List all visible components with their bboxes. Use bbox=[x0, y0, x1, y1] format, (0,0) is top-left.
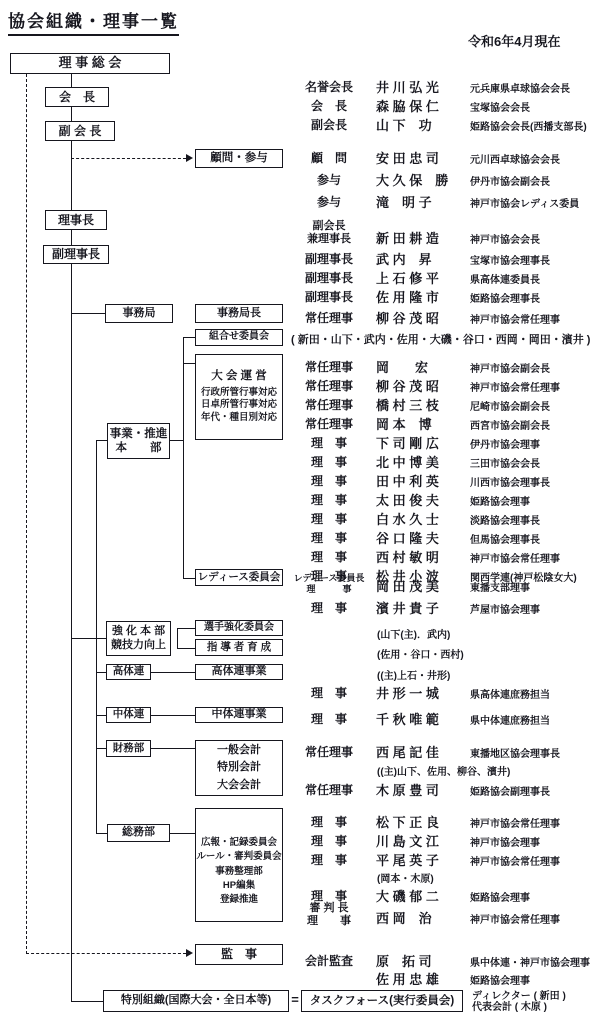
connector-dashed-komon bbox=[71, 158, 186, 159]
member-role: 常任理事 bbox=[293, 358, 365, 375]
box-label: 理 事 総 会 bbox=[59, 55, 122, 71]
org-chart-page: 協会組織・理事一覧 令和6年4月現在 理 事 総 会 会 長 副 会 長 顧問・… bbox=[0, 0, 606, 1017]
member-role: レディース委員長理 事 bbox=[293, 573, 365, 595]
box-label: 特別会計 bbox=[217, 759, 261, 776]
member-affiliation: 神戸市協会会長 bbox=[470, 231, 604, 246]
member-affiliation: 県中体連庶務担当 bbox=[470, 712, 604, 727]
member-name: 西 岡 治 bbox=[376, 908, 456, 927]
member-role: 理 事 bbox=[293, 453, 365, 470]
member-name: 平 尾 英 子 bbox=[376, 850, 456, 869]
member-note: (山下(主)．武内) bbox=[377, 626, 450, 641]
member-role: 理 事 bbox=[293, 832, 365, 849]
member-role: 理 事 bbox=[293, 510, 365, 527]
box-label: 事業・推進 bbox=[110, 427, 168, 441]
box-business-promotion-hq: 事業・推進本 部 bbox=[107, 423, 170, 459]
connector-chuutairen bbox=[96, 715, 106, 716]
box-chair-director: 理事長 bbox=[45, 210, 107, 230]
member-role: 顧 問 bbox=[293, 149, 365, 166]
connector-vertical-bracket-jigyou bbox=[183, 337, 184, 578]
director-note: ディレクター ( 新田 ) bbox=[472, 991, 602, 1003]
member-name: 白 水 久 士 bbox=[376, 509, 456, 528]
member-affiliation: 伊丹市協会理事 bbox=[470, 436, 604, 451]
box-board-general-meeting: 理 事 総 会 bbox=[10, 53, 170, 74]
member-name: 原 拓 司 bbox=[376, 951, 456, 970]
connector-vertical-branch bbox=[96, 440, 97, 834]
member-note: ((主)山下、佐用、柳谷、濱井) bbox=[377, 763, 510, 778]
box-label: 総務部 bbox=[122, 826, 155, 840]
member-affiliation: 元兵庫県卓球協会会長 bbox=[470, 80, 604, 95]
box-label: ルール・審判委員会 bbox=[196, 850, 281, 864]
box-label: 事務局長 bbox=[217, 307, 261, 321]
arrowhead-kanji bbox=[186, 949, 193, 957]
box-draw-committee: 組合せ委員会 bbox=[195, 329, 283, 346]
box-strengthening-hq: 強 化 本 部競技力向上 bbox=[106, 621, 171, 656]
member-affiliation: 県中体連・神戸市協会理事 bbox=[470, 954, 604, 969]
connector-kumiawase bbox=[183, 337, 195, 338]
box-label: 副理事長 bbox=[52, 247, 100, 262]
member-affiliation: 宝塚協会会長 bbox=[470, 99, 604, 114]
box-coach-development: 指 導 者 育 成 bbox=[195, 639, 283, 656]
member-name: 濱 井 貴 子 bbox=[376, 598, 456, 617]
member-role: 理 事 bbox=[293, 491, 365, 508]
connector-koutairen bbox=[96, 672, 106, 673]
connector-soumu bbox=[96, 833, 107, 834]
box-label: 登録推進 bbox=[220, 893, 258, 907]
member-role: 常任理事 bbox=[293, 743, 365, 760]
member-role: 理 事 bbox=[293, 434, 365, 451]
as-of-date: 令和6年4月現在 bbox=[468, 31, 560, 50]
box-label: 会 長 bbox=[59, 90, 95, 105]
member-note: (佐用・谷口・西村) bbox=[377, 646, 464, 661]
member-role: 副理事長 bbox=[293, 250, 365, 267]
member-role: 会計監査 bbox=[293, 952, 365, 969]
box-label: 副 会 長 bbox=[59, 124, 102, 139]
member-role: 理 事 bbox=[293, 548, 365, 565]
box-secretariat-head: 事務局長 bbox=[195, 304, 283, 323]
member-name: 武 内 昇 bbox=[376, 249, 456, 268]
member-role: 副理事長 bbox=[293, 269, 365, 286]
box-label: 高体連事業 bbox=[212, 665, 267, 679]
box-auditor: 監 事 bbox=[195, 944, 283, 965]
member-role: 副会長兼理事長 bbox=[293, 220, 365, 246]
member-affiliation: 神戸市協会常任理事 bbox=[470, 911, 604, 926]
member-affiliation: 東播地区協会理事長 bbox=[470, 745, 604, 760]
member-role: 常任理事 bbox=[293, 781, 365, 798]
member-affiliation: 神戸市協会副会長 bbox=[470, 360, 604, 375]
member-role: 理 事 bbox=[293, 472, 365, 489]
member-name: 井 川 弘 光 bbox=[376, 77, 456, 96]
box-label: 大 会 運 営 bbox=[211, 369, 267, 385]
box-high-school-federation-business: 高体連事業 bbox=[195, 664, 283, 680]
member-name: 木 原 豊 司 bbox=[376, 780, 456, 799]
member-affiliation: 神戸市協会理事 bbox=[470, 834, 604, 849]
member-role: 副理事長 bbox=[293, 288, 365, 305]
member-role: 参与 bbox=[293, 171, 365, 188]
connector-vertical-bracket-kyouka bbox=[177, 628, 178, 648]
member-name: 大 久 保 勝 bbox=[376, 170, 456, 189]
box-label: 日卓所管行事対応 bbox=[201, 399, 277, 412]
committee-members-note: ( 新田・山下・武内・佐用・大磯・谷口・西岡・岡田・濱井 ) bbox=[291, 331, 590, 347]
member-role: 常任理事 bbox=[293, 377, 365, 394]
member-name: 川 島 文 江 bbox=[376, 831, 456, 850]
connector-chuutairen-jigyou bbox=[151, 715, 195, 716]
box-ladies-committee: レディース委員会 bbox=[195, 569, 283, 586]
member-affiliation: 姫路協会理事長 bbox=[470, 290, 604, 305]
box-label: 顧問・参与 bbox=[210, 151, 268, 165]
box-label: HP編集 bbox=[223, 879, 255, 893]
connector-shidou bbox=[177, 648, 195, 649]
box-label: 特別組織(国際大会・全日本等) bbox=[121, 994, 271, 1008]
member-affiliation: 三田市協会会長 bbox=[470, 455, 604, 470]
member-affiliation: 姫路協会会長(西播支部長) bbox=[470, 118, 604, 133]
member-name: 柳 谷 茂 昭 bbox=[376, 376, 456, 395]
member-name: 井 形 一 城 bbox=[376, 683, 456, 702]
connector-zaimu bbox=[96, 748, 106, 749]
box-label: タスクフォース(実行委員会) bbox=[310, 994, 455, 1008]
box-label: レディース委員会 bbox=[198, 571, 281, 584]
connector-koutairen-jigyou bbox=[151, 672, 195, 673]
box-label: 行政所管行事対応 bbox=[201, 387, 277, 400]
member-name: 田 中 利 英 bbox=[376, 471, 456, 490]
box-tournament-operations: 大 会 運 営行政所管行事対応日卓所管行事対応年代・種目別対応 bbox=[195, 354, 283, 440]
member-affiliation: 東播支部理事 bbox=[470, 579, 604, 594]
member-name: 下 司 剛 広 bbox=[376, 433, 456, 452]
box-president: 会 長 bbox=[45, 87, 109, 107]
member-affiliation: 県高体連庶務担当 bbox=[470, 686, 604, 701]
connector-tokubetsu bbox=[71, 1001, 103, 1002]
member-role: 常任理事 bbox=[293, 415, 365, 432]
box-secretariat: 事務局 bbox=[105, 304, 173, 323]
member-name: 岡 本 博 bbox=[376, 414, 456, 433]
box-accounting: 一般会計特別会計大会会計 bbox=[195, 740, 283, 796]
box-label: 財務部 bbox=[113, 742, 145, 755]
box-label: 選手強化委員会 bbox=[204, 622, 274, 635]
connector-soumu-big bbox=[170, 833, 195, 834]
member-affiliation: 神戸市協会常任理事 bbox=[470, 311, 604, 326]
connector-kaikei bbox=[151, 748, 195, 749]
box-player-strengthening-committee: 選手強化委員会 bbox=[195, 620, 283, 636]
member-affiliation: 姫路協会理事 bbox=[470, 889, 604, 904]
box-label: 事務局 bbox=[123, 307, 156, 321]
box-advisors: 顧問・参与 bbox=[195, 149, 283, 168]
connector-taikai bbox=[183, 363, 195, 364]
box-label: 年代・種目別対応 bbox=[201, 412, 277, 425]
connector-jimukyoku bbox=[71, 313, 105, 314]
box-label: 競技力向上 bbox=[111, 639, 166, 653]
member-role: 常任理事 bbox=[293, 396, 365, 413]
box-label: 指 導 者 育 成 bbox=[207, 641, 271, 654]
member-name: 大 磯 郁 二 bbox=[376, 886, 456, 905]
member-affiliation: 伊丹市協会副会長 bbox=[470, 173, 604, 188]
box-label: 広報・記録委員会 bbox=[201, 836, 277, 850]
box-label: 中体連 bbox=[113, 708, 145, 721]
member-name: 岡 宏 bbox=[376, 357, 456, 376]
member-affiliation: 但馬協会理事長 bbox=[470, 531, 604, 546]
member-role: 審 判 長理 事 bbox=[293, 902, 365, 928]
equals-sign: = bbox=[289, 992, 301, 1007]
box-label: 強 化 本 部 bbox=[112, 625, 165, 639]
member-name: 谷 口 隆 夫 bbox=[376, 528, 456, 547]
box-special-organization: 特別組織(国際大会・全日本等) bbox=[103, 990, 289, 1012]
member-name: 滝 明 子 bbox=[376, 192, 456, 211]
member-note: (岡本・木原) bbox=[377, 870, 434, 885]
member-affiliation: 神戸市協会レディス委員 bbox=[470, 195, 604, 210]
member-affiliation: 川西市協会理事長 bbox=[470, 474, 604, 489]
box-label: 理事長 bbox=[58, 213, 94, 228]
member-role: 常任理事 bbox=[293, 309, 365, 326]
member-affiliation: 姫路協会理事 bbox=[470, 493, 604, 508]
member-affiliation: 芦屋市協会理事 bbox=[470, 601, 604, 616]
member-affiliation: 神戸市協会常任理事 bbox=[470, 815, 604, 830]
box-finance-department: 財務部 bbox=[106, 740, 151, 757]
member-affiliation: 姫路協会副理事長 bbox=[470, 783, 604, 798]
member-affiliation: 淡路協会理事長 bbox=[470, 512, 604, 527]
member-role: 理 事 bbox=[293, 710, 365, 727]
member-name: 橋 村 三 枝 bbox=[376, 395, 456, 414]
member-role: 理 事 bbox=[293, 684, 365, 701]
box-label: 事務整理部 bbox=[215, 865, 263, 879]
member-affiliation: 宝塚市協会理事長 bbox=[470, 252, 604, 267]
member-name: 千 秋 唯 範 bbox=[376, 709, 456, 728]
box-general-affairs: 総務部 bbox=[107, 824, 170, 842]
member-role: 理 事 bbox=[293, 529, 365, 546]
member-affiliation: 姫路協会理事 bbox=[470, 972, 604, 987]
connector-jigyou-right bbox=[170, 440, 183, 441]
member-note: ((主)上石・井形) bbox=[377, 667, 450, 682]
connector-kyouka bbox=[71, 638, 106, 639]
box-label: 中体連事業 bbox=[212, 708, 267, 722]
member-role: 理 事 bbox=[293, 851, 365, 868]
member-name: 山 下 功 bbox=[376, 115, 456, 134]
member-role: 名誉会長 bbox=[293, 78, 365, 95]
box-label: 本 部 bbox=[116, 441, 162, 455]
arrowhead-komon bbox=[186, 154, 193, 162]
member-name: 岡 田 茂 美 bbox=[376, 576, 456, 595]
connector-jigyou-left bbox=[96, 440, 107, 441]
member-name: 松 下 正 良 bbox=[376, 812, 456, 831]
member-name: 上 石 修 平 bbox=[376, 268, 456, 287]
box-task-force: タスクフォース(実行委員会) bbox=[301, 990, 463, 1012]
connector-dashed-kanji bbox=[26, 953, 186, 954]
member-name: 佐 用 隆 市 bbox=[376, 287, 456, 306]
box-general-affairs-detail: 広報・記録委員会ルール・審判委員会事務整理部HP編集登録推進 bbox=[195, 808, 283, 922]
box-label: 大会会計 bbox=[217, 777, 261, 794]
member-name: 太 田 俊 夫 bbox=[376, 490, 456, 509]
member-affiliation: 元川西卓球協会会長 bbox=[470, 151, 604, 166]
member-name: 西 尾 記 佳 bbox=[376, 742, 456, 761]
member-name: 柳 谷 茂 昭 bbox=[376, 308, 456, 327]
connector-senshu bbox=[177, 628, 195, 629]
member-affiliation: 神戸市協会常任理事 bbox=[470, 550, 604, 565]
member-affiliation: 神戸市協会常任理事 bbox=[470, 379, 604, 394]
page-title: 協会組織・理事一覧 bbox=[8, 7, 179, 36]
box-junior-high-federation-business: 中体連事業 bbox=[195, 707, 283, 723]
member-role: 参与 bbox=[293, 193, 365, 210]
member-role: 理 事 bbox=[293, 813, 365, 830]
box-vice-chair-director: 副理事長 bbox=[43, 245, 109, 264]
member-name: 西 村 敏 明 bbox=[376, 547, 456, 566]
box-high-school-federation: 高体連 bbox=[106, 664, 151, 680]
member-name: 佐 用 忠 雄 bbox=[376, 969, 456, 988]
member-affiliation: 県高体連委員長 bbox=[470, 271, 604, 286]
connector-ladies bbox=[183, 578, 195, 579]
member-name: 森 脇 保 仁 bbox=[376, 96, 456, 115]
member-role: 副会長 bbox=[293, 116, 365, 133]
box-vice-president: 副 会 長 bbox=[45, 121, 115, 141]
member-affiliation: 神戸市協会常任理事 bbox=[470, 853, 604, 868]
member-name: 新 田 耕 造 bbox=[376, 228, 456, 247]
box-label: 高体連 bbox=[113, 665, 145, 678]
member-affiliation: 西宮市協会副会長 bbox=[470, 417, 604, 432]
member-name: 北 中 博 美 bbox=[376, 452, 456, 471]
box-label: 一般会計 bbox=[217, 742, 261, 759]
member-role: 会 長 bbox=[293, 97, 365, 114]
member-affiliation: 尼崎市協会副会長 bbox=[470, 398, 604, 413]
member-name: 安 田 忠 司 bbox=[376, 148, 456, 167]
box-label: 監 事 bbox=[221, 947, 257, 962]
accountant-note: 代表会計 ( 木原 ) bbox=[472, 1002, 602, 1014]
box-junior-high-federation: 中体連 bbox=[106, 707, 151, 723]
connector-dashed-vertical-main bbox=[26, 74, 27, 954]
box-label: 組合せ委員会 bbox=[209, 331, 269, 344]
member-role: 理 事 bbox=[293, 599, 365, 616]
